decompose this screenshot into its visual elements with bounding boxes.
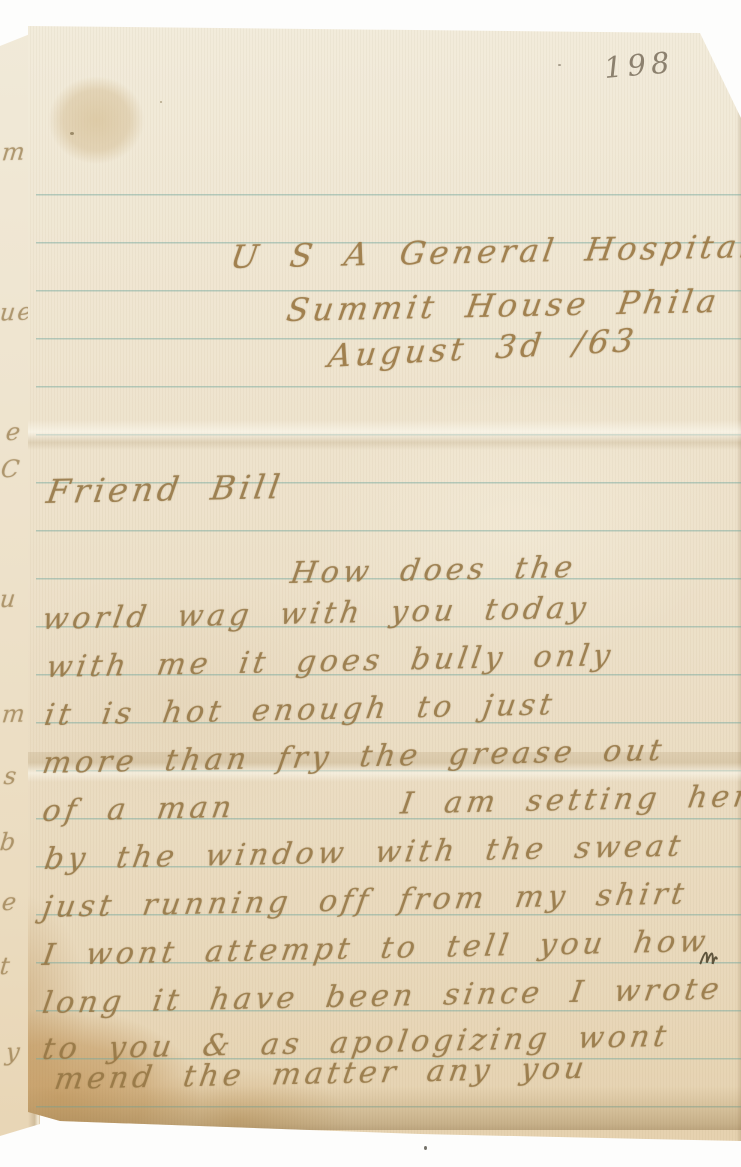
handwriting-fragment: b (0, 828, 19, 857)
salutation: Friend Bill (44, 467, 286, 511)
paper-speck (558, 64, 561, 66)
backdrop-speck (424, 1146, 427, 1150)
handwriting-fragment: s (2, 762, 19, 790)
handwriting-fragment: m (0, 700, 28, 729)
handwriting-fragment: t (0, 952, 13, 980)
handwriting-fragment: u (0, 585, 19, 614)
handwriting-fragment: m (0, 138, 28, 167)
handwriting-fragment: y (4, 1038, 23, 1067)
fold-crease-upper (0, 420, 741, 450)
page-number: 198 (603, 45, 676, 85)
letter-photo: m ue e C u m s b e t y 198 U S A General… (0, 0, 741, 1167)
paper-speck (70, 132, 74, 135)
handwriting-fragment: C (0, 455, 23, 484)
handwriting-fragment: e (4, 418, 23, 447)
letter-page: 198 U S A General Hospital Summit House … (0, 0, 741, 1167)
paper-speck (160, 101, 162, 103)
body-line: How does the (288, 550, 579, 591)
handwriting-fragment: e (0, 888, 19, 917)
